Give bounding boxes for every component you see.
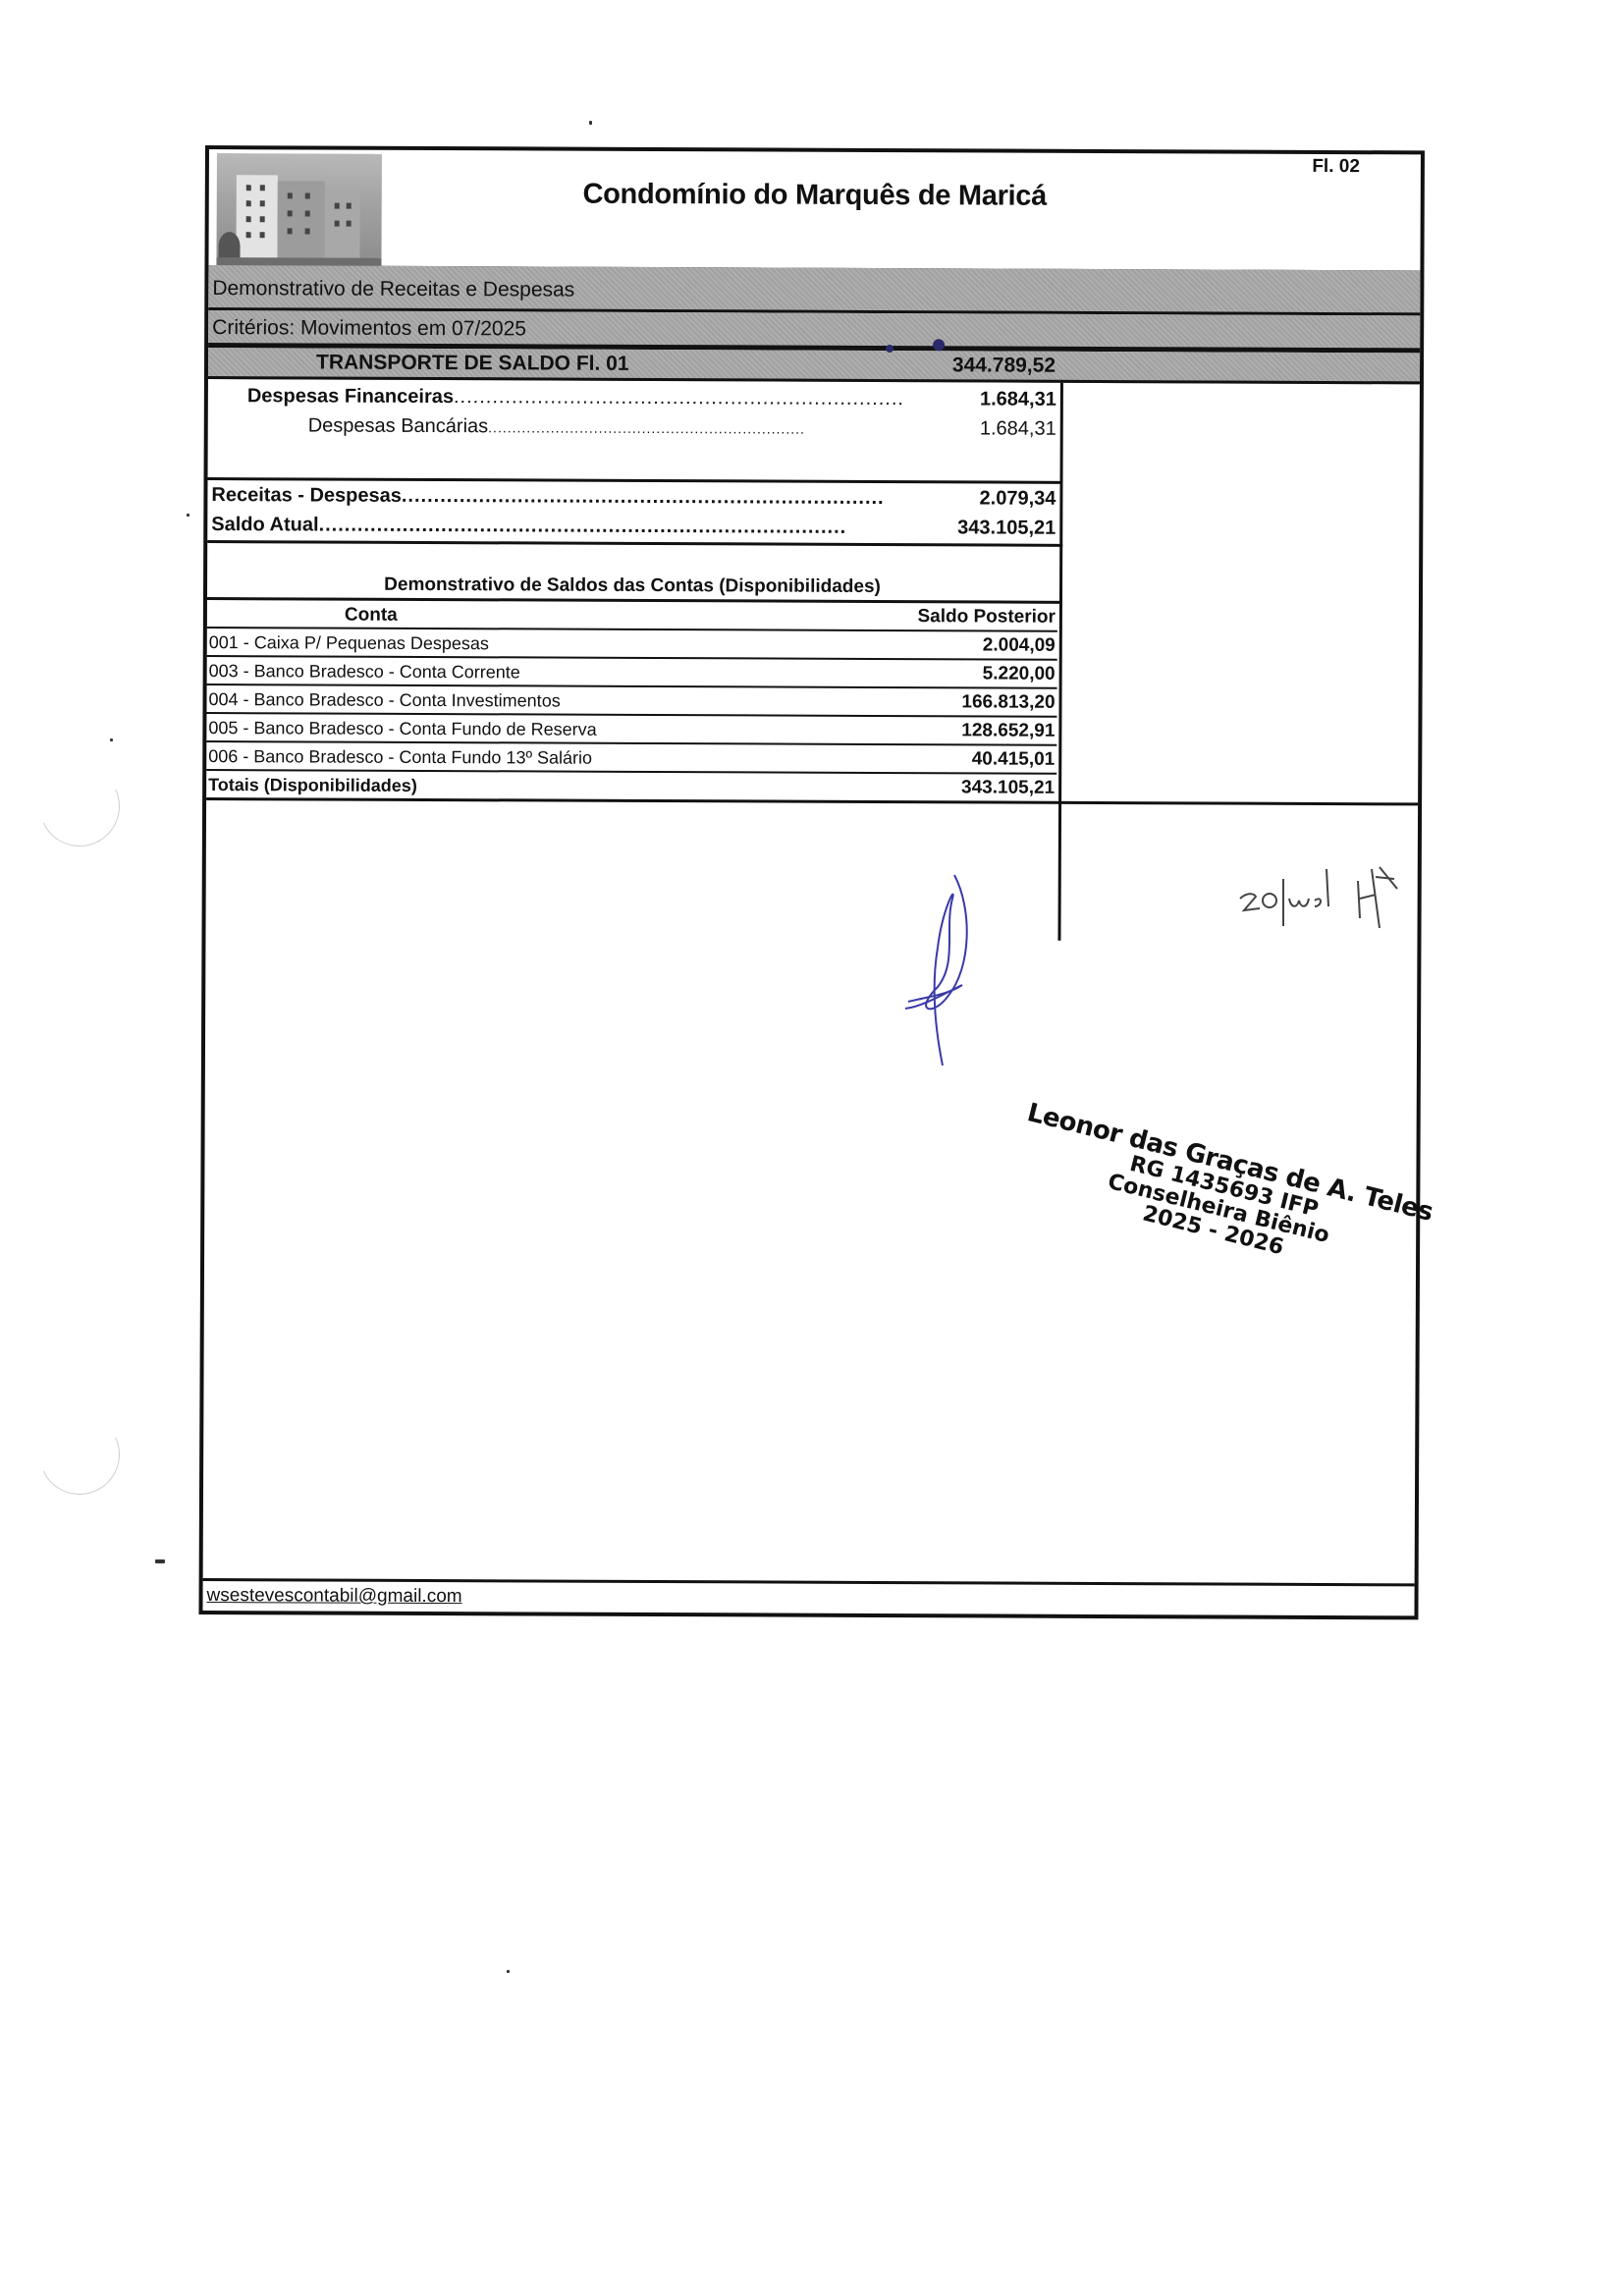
scan-speck (507, 1970, 510, 1973)
scan-speck (110, 738, 113, 741)
account-balance: 2.004,09 (983, 634, 1056, 656)
scan-speck (589, 121, 592, 125)
leader-dots: ........................................… (402, 485, 885, 509)
contact-email-link[interactable]: wsestevescontabil@gmail.com (207, 1585, 462, 1608)
section-title: Demonstrativo de Receitas e Despesas (208, 265, 1420, 315)
account-balance: 40.415,01 (972, 748, 1056, 770)
account-balance: 166.813,20 (961, 691, 1055, 713)
leader-dots: ........................................… (319, 515, 847, 538)
criteria-line: Critérios: Movimentos em 07/2025 (208, 310, 1420, 353)
expense-value: 1.684,31 (980, 388, 1056, 410)
ink-blot (886, 345, 893, 353)
amount-column-divider (1057, 383, 1062, 941)
ink-blot (933, 339, 945, 351)
divider (208, 477, 1063, 484)
accounts-header-row: Conta Saldo Posterior (207, 600, 1057, 632)
account-row: 003 - Banco Bradesco - Conta Corrente 5.… (207, 657, 1057, 689)
carry-over-label: TRANSPORTE DE SALDO Fl. 01 (316, 351, 629, 375)
accounts-title: Demonstrativo de Saldos das Contas (Disp… (207, 574, 1057, 599)
handwritten-initials-icon (1232, 859, 1429, 948)
condominium-title: Condomínio do Marquês de Maricá (209, 177, 1421, 214)
account-name: 005 - Banco Bradesco - Conta Fundo de Re… (208, 718, 596, 740)
summary-row-saldo-atual: Saldo Atual.............................… (207, 514, 1057, 518)
account-row: 006 - Banco Bradesco - Conta Fundo 13º S… (206, 742, 1056, 775)
summary-label: Receitas - Despesas (211, 484, 402, 507)
report-header: Condomínio do Marquês de Maricá Fl. 02 (208, 149, 1421, 273)
carry-over-row: TRANSPORTE DE SALDO Fl. 01 344.789,52 (208, 348, 1420, 384)
sheet-number: Fl. 02 (1312, 156, 1360, 178)
expense-value: 1.684,31 (980, 417, 1056, 440)
expense-label: Despesas Financeiras (247, 385, 454, 408)
scan-speck (155, 1559, 165, 1563)
summary-value: 2.079,34 (980, 487, 1056, 510)
account-name: 001 - Caixa P/ Pequenas Despesas (209, 632, 489, 654)
leader-dots: ........................................… (488, 419, 805, 436)
expense-row-bancarias: Despesas Bancárias......................… (208, 414, 1058, 418)
scan-speck (187, 514, 189, 517)
summary-label: Saldo Atual (211, 514, 318, 535)
signature-icon (903, 869, 1001, 1066)
account-balance: 128.652,91 (961, 720, 1055, 741)
account-name: 004 - Banco Bradesco - Conta Investiment… (208, 689, 560, 712)
divider (207, 540, 1062, 547)
building-photo (216, 153, 382, 272)
account-balance: 5.220,00 (983, 663, 1056, 684)
expense-row-financeiras: Despesas Financeiras....................… (208, 385, 1058, 389)
carry-over-value: 344.789,52 (930, 354, 1056, 378)
column-header-conta: Conta (345, 605, 398, 627)
expense-label: Despesas Bancárias (308, 414, 489, 437)
account-row: 005 - Banco Bradesco - Conta Fundo de Re… (206, 714, 1056, 746)
leader-dots: ........................................… (454, 386, 904, 410)
total-label: Totais (Disponibilidades) (208, 775, 417, 796)
column-header-saldo: Saldo Posterior (917, 606, 1056, 629)
punch-hole-mark (27, 754, 131, 857)
total-value: 343.105,21 (961, 777, 1055, 798)
summary-value: 343.105,21 (957, 517, 1056, 539)
summary-row-receitas-despesas: Receitas - Despesas.....................… (207, 484, 1057, 488)
account-name: 006 - Banco Bradesco - Conta Fundo 13º S… (208, 746, 592, 769)
punch-hole-mark (27, 1402, 131, 1505)
account-row: 004 - Banco Bradesco - Conta Investiment… (206, 685, 1056, 718)
account-name: 003 - Banco Bradesco - Conta Corrente (209, 661, 520, 683)
account-row: 001 - Caixa P/ Pequenas Despesas 2.004,0… (207, 629, 1057, 661)
